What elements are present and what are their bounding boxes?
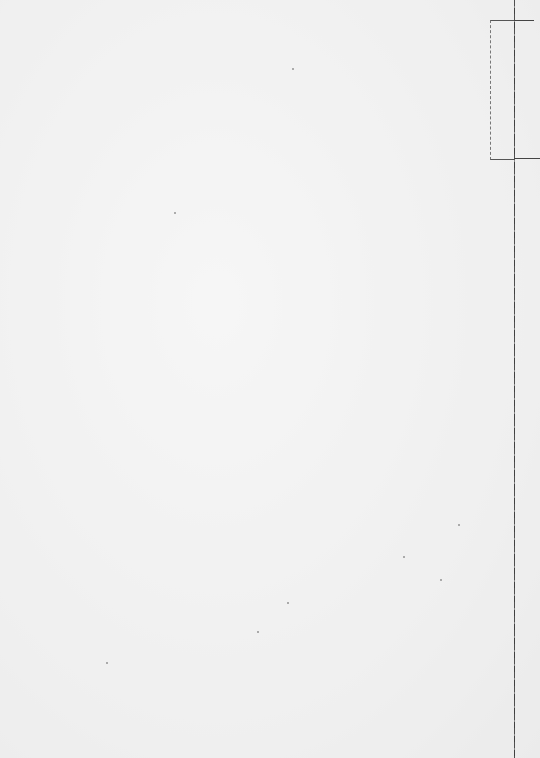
scan-speck xyxy=(257,631,259,633)
scan-speck xyxy=(287,602,289,604)
margin-tab-label xyxy=(519,26,533,154)
blank-scanned-page xyxy=(0,0,540,758)
tab-bottom-line xyxy=(514,158,540,159)
tab-top-line xyxy=(514,20,534,21)
margin-tab-box xyxy=(490,20,515,160)
scan-speck xyxy=(458,524,460,526)
scan-speck xyxy=(440,579,442,581)
scan-speck xyxy=(106,662,108,664)
scan-speck xyxy=(403,556,405,558)
scan-speck xyxy=(174,212,176,214)
scan-speck xyxy=(292,68,294,70)
